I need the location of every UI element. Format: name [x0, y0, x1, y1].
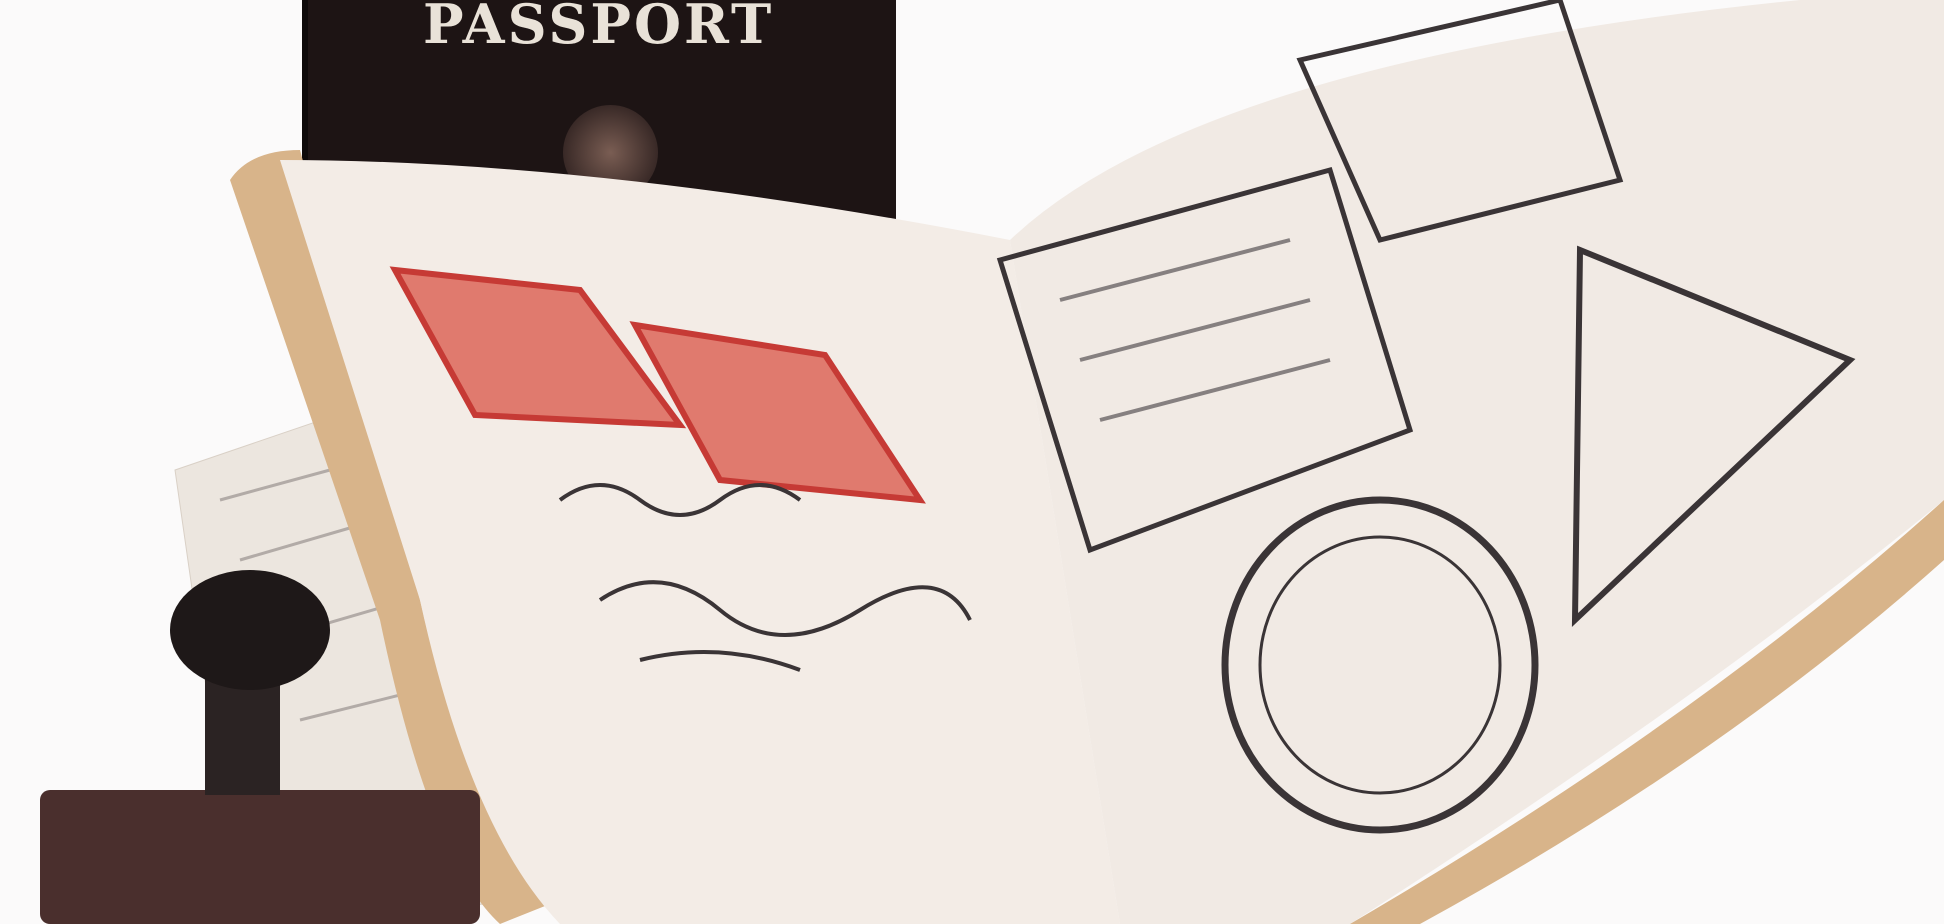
rubber-stamp-handle: [170, 570, 330, 690]
passport-illustration: [0, 0, 1944, 924]
right-page: [1010, 0, 1944, 924]
passport-photo: PASSPORT: [0, 0, 1944, 924]
rubber-stamp-base: [40, 790, 480, 924]
